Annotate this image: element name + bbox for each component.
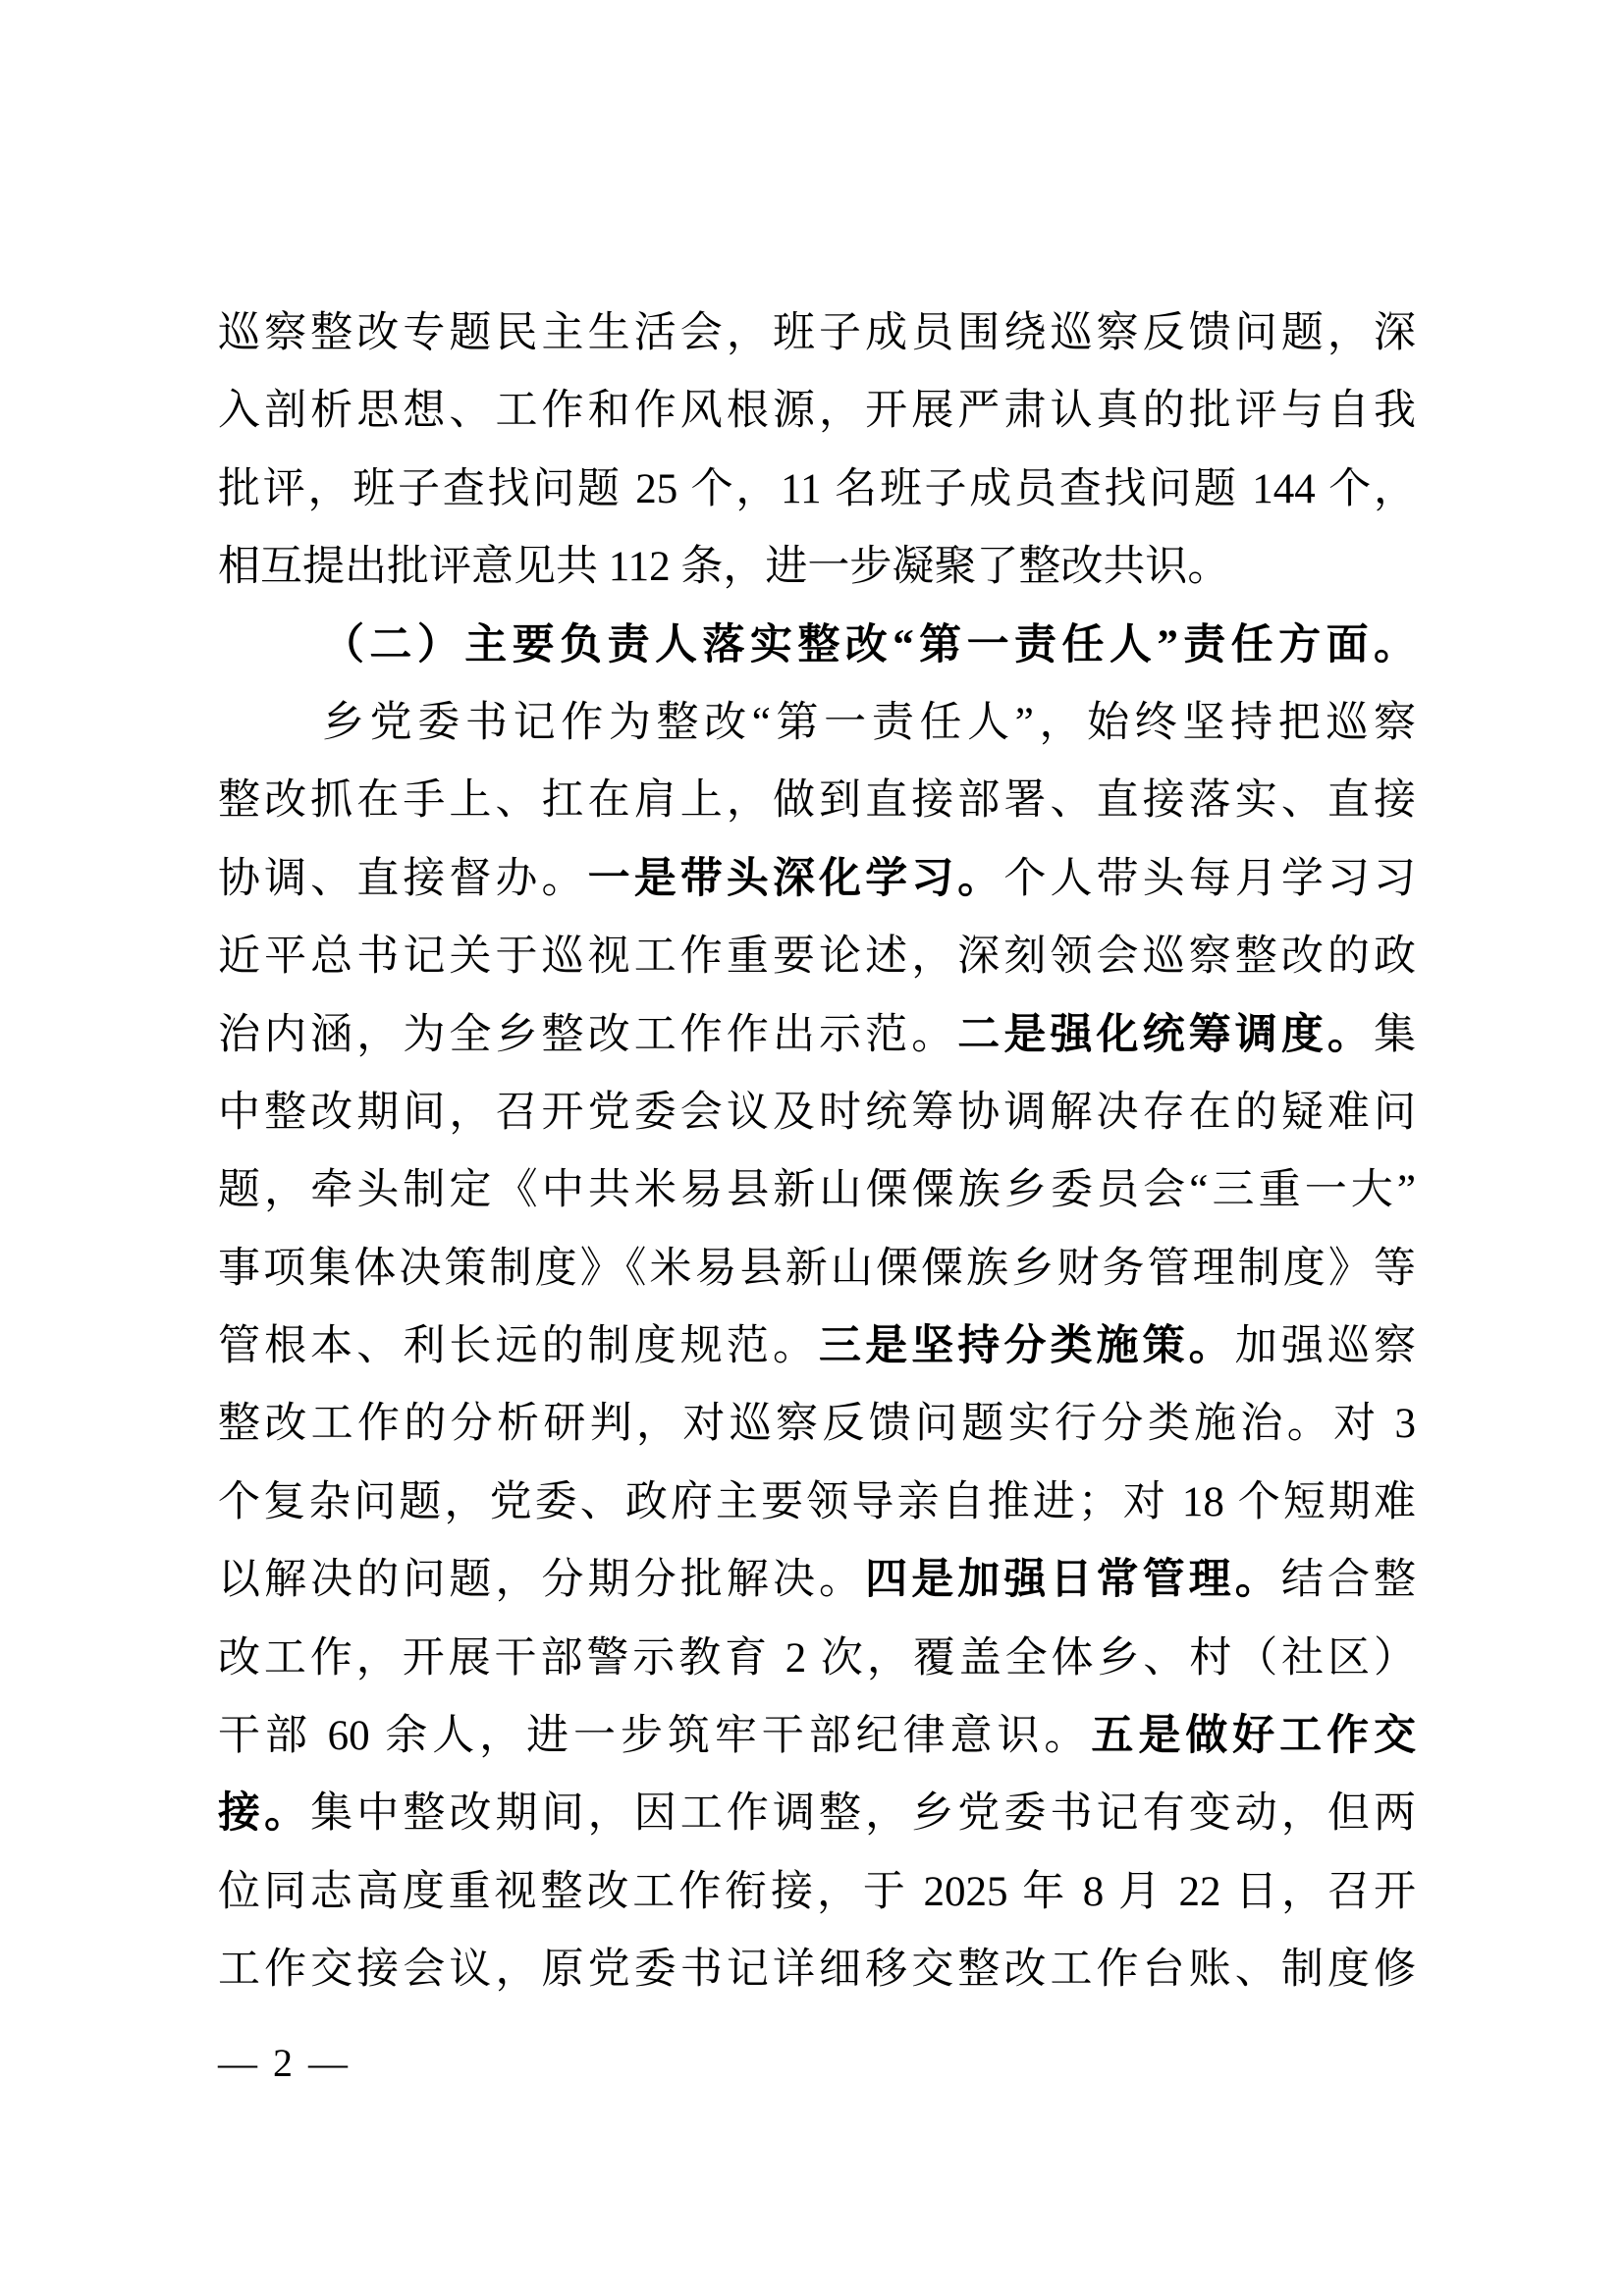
text-line: 事项集体决策制度》《米易县新山傈僳族乡财务管理制度》等 bbox=[218, 1230, 1416, 1308]
text-line: 题，牵头制定《中共米易县新山傈僳族乡委员会“三重一大” bbox=[218, 1151, 1416, 1229]
text-line: 接。集中整改期间，因工作调整，乡党委书记有变动，但两 bbox=[218, 1775, 1416, 1852]
emphasis-text-run: 二是强化统筹调度。 bbox=[957, 1012, 1374, 1058]
text-line: 治内涵，为全乡整改工作作出示范。二是强化统筹调度。集 bbox=[218, 996, 1416, 1074]
emphasis-text-run: （二）主要负责人落实整改“第一责任人”责任方面。 bbox=[322, 622, 1416, 668]
text-run: 事项集体决策制度》《米易县新山傈僳族乡财务管理制度》等 bbox=[218, 1246, 1416, 1292]
text-line: 整改工作的分析研判，对巡察反馈问题实行分类施治。对 3 bbox=[218, 1385, 1416, 1463]
text-run: 个人带头每月学习习 bbox=[1003, 856, 1416, 902]
text-line: 近平总书记关于巡视工作重要论述，深刻领会巡察整改的政 bbox=[218, 918, 1416, 995]
text-run: 集 bbox=[1374, 1012, 1416, 1058]
text-line: 干部 60 余人，进一步筑牢干部纪律意识。五是做好工作交 bbox=[218, 1697, 1416, 1775]
document-page: 巡察整改专题民主生活会，班子成员围绕巡察反馈问题，深入剖析思想、工作和作风根源，… bbox=[0, 0, 1624, 2296]
text-run: 协调、直接督办。 bbox=[218, 856, 588, 902]
text-line: 协调、直接督办。一是带头深化学习。个人带头每月学习习 bbox=[218, 840, 1416, 918]
text-run: 中整改期间，召开党委会议及时统筹协调解决存在的疑难问 bbox=[218, 1090, 1416, 1136]
text-line: 位同志高度重视整改工作衔接，于 2025 年 8 月 22 日，召开 bbox=[218, 1853, 1416, 1931]
text-run: 批评，班子查找问题 25 个，11 名班子成员查找问题 144 个， bbox=[218, 466, 1416, 512]
text-run: 个复杂问题，党委、政府主要领导亲自推进；对 18 个短期难 bbox=[218, 1479, 1416, 1525]
text-run: 工作交接会议，原党委书记详细移交整改工作台账、制度修 bbox=[218, 1947, 1416, 1993]
emphasis-text-run: 一是带头深化学习。 bbox=[588, 856, 1004, 902]
text-line: 乡党委书记作为整改“第一责任人”，始终坚持把巡察 bbox=[218, 684, 1416, 762]
text-run: 加强巡察 bbox=[1235, 1323, 1416, 1369]
text-line: 整改抓在手上、扛在肩上，做到直接部署、直接落实、直接 bbox=[218, 762, 1416, 839]
text-line: 相互提出批评意见共 112 条，进一步凝聚了整改共识。 bbox=[218, 528, 1416, 606]
text-line: 个复杂问题，党委、政府主要领导亲自推进；对 18 个短期难 bbox=[218, 1464, 1416, 1541]
text-line: 中整改期间，召开党委会议及时统筹协调解决存在的疑难问 bbox=[218, 1074, 1416, 1151]
text-line: 工作交接会议，原党委书记详细移交整改工作台账、制度修 bbox=[218, 1931, 1416, 2008]
text-run: 巡察整改专题民主生活会，班子成员围绕巡察反馈问题，深 bbox=[218, 310, 1416, 356]
text-run: 集中整改期间，因工作调整，乡党委书记有变动，但两 bbox=[310, 1790, 1416, 1837]
text-run: 相互提出批评意见共 112 条，进一步凝聚了整改共识。 bbox=[218, 544, 1229, 590]
text-run: 位同志高度重视整改工作衔接，于 2025 年 8 月 22 日，召开 bbox=[218, 1869, 1416, 1915]
text-run: 整改工作的分析研判，对巡察反馈问题实行分类施治。对 3 bbox=[218, 1401, 1416, 1447]
text-run: 乡党委书记作为整改“第一责任人”，始终坚持把巡察 bbox=[322, 700, 1416, 746]
emphasis-text-run: 接。 bbox=[218, 1790, 310, 1837]
text-run: 整改抓在手上、扛在肩上，做到直接部署、直接落实、直接 bbox=[218, 777, 1416, 824]
text-line: 管根本、利长远的制度规范。三是坚持分类施策。加强巡察 bbox=[218, 1308, 1416, 1385]
text-line: 以解决的问题，分期分批解决。四是加强日常管理。结合整 bbox=[218, 1541, 1416, 1619]
text-run: 结合整 bbox=[1281, 1557, 1416, 1603]
text-line: 批评，班子查找问题 25 个，11 名班子成员查找问题 144 个， bbox=[218, 451, 1416, 528]
text-line: 入剖析思想、工作和作风根源，开展严肃认真的批评与自我 bbox=[218, 372, 1416, 450]
page-footer: — 2 — bbox=[218, 2040, 351, 2087]
text-run: 治内涵，为全乡整改工作作出示范。 bbox=[218, 1012, 957, 1058]
text-line: 改工作，开展干部警示教育 2 次，覆盖全体乡、村（社区） bbox=[218, 1620, 1416, 1697]
emphasis-text-run: 四是加强日常管理。 bbox=[865, 1557, 1281, 1603]
text-run: 近平总书记关于巡视工作重要论述，深刻领会巡察整改的政 bbox=[218, 934, 1416, 980]
text-run: 题，牵头制定《中共米易县新山傈僳族乡委员会“三重一大” bbox=[218, 1167, 1416, 1213]
page-number: — 2 — bbox=[218, 2041, 351, 2085]
emphasis-text-run: 三是坚持分类施策。 bbox=[819, 1323, 1235, 1369]
text-run: 改工作，开展干部警示教育 2 次，覆盖全体乡、村（社区） bbox=[218, 1635, 1416, 1682]
emphasis-text-run: 五是做好工作交 bbox=[1091, 1713, 1416, 1759]
text-run: 以解决的问题，分期分批解决。 bbox=[218, 1557, 865, 1603]
text-line: 巡察整改专题民主生活会，班子成员围绕巡察反馈问题，深 bbox=[218, 294, 1416, 372]
text-run: 干部 60 余人，进一步筑牢干部纪律意识。 bbox=[218, 1713, 1091, 1759]
document-body: 巡察整改专题民主生活会，班子成员围绕巡察反馈问题，深入剖析思想、工作和作风根源，… bbox=[218, 294, 1416, 2009]
text-run: 入剖析思想、工作和作风根源，开展严肃认真的批评与自我 bbox=[218, 388, 1416, 434]
text-line: （二）主要负责人落实整改“第一责任人”责任方面。 bbox=[218, 607, 1416, 684]
text-run: 管根本、利长远的制度规范。 bbox=[218, 1323, 819, 1369]
